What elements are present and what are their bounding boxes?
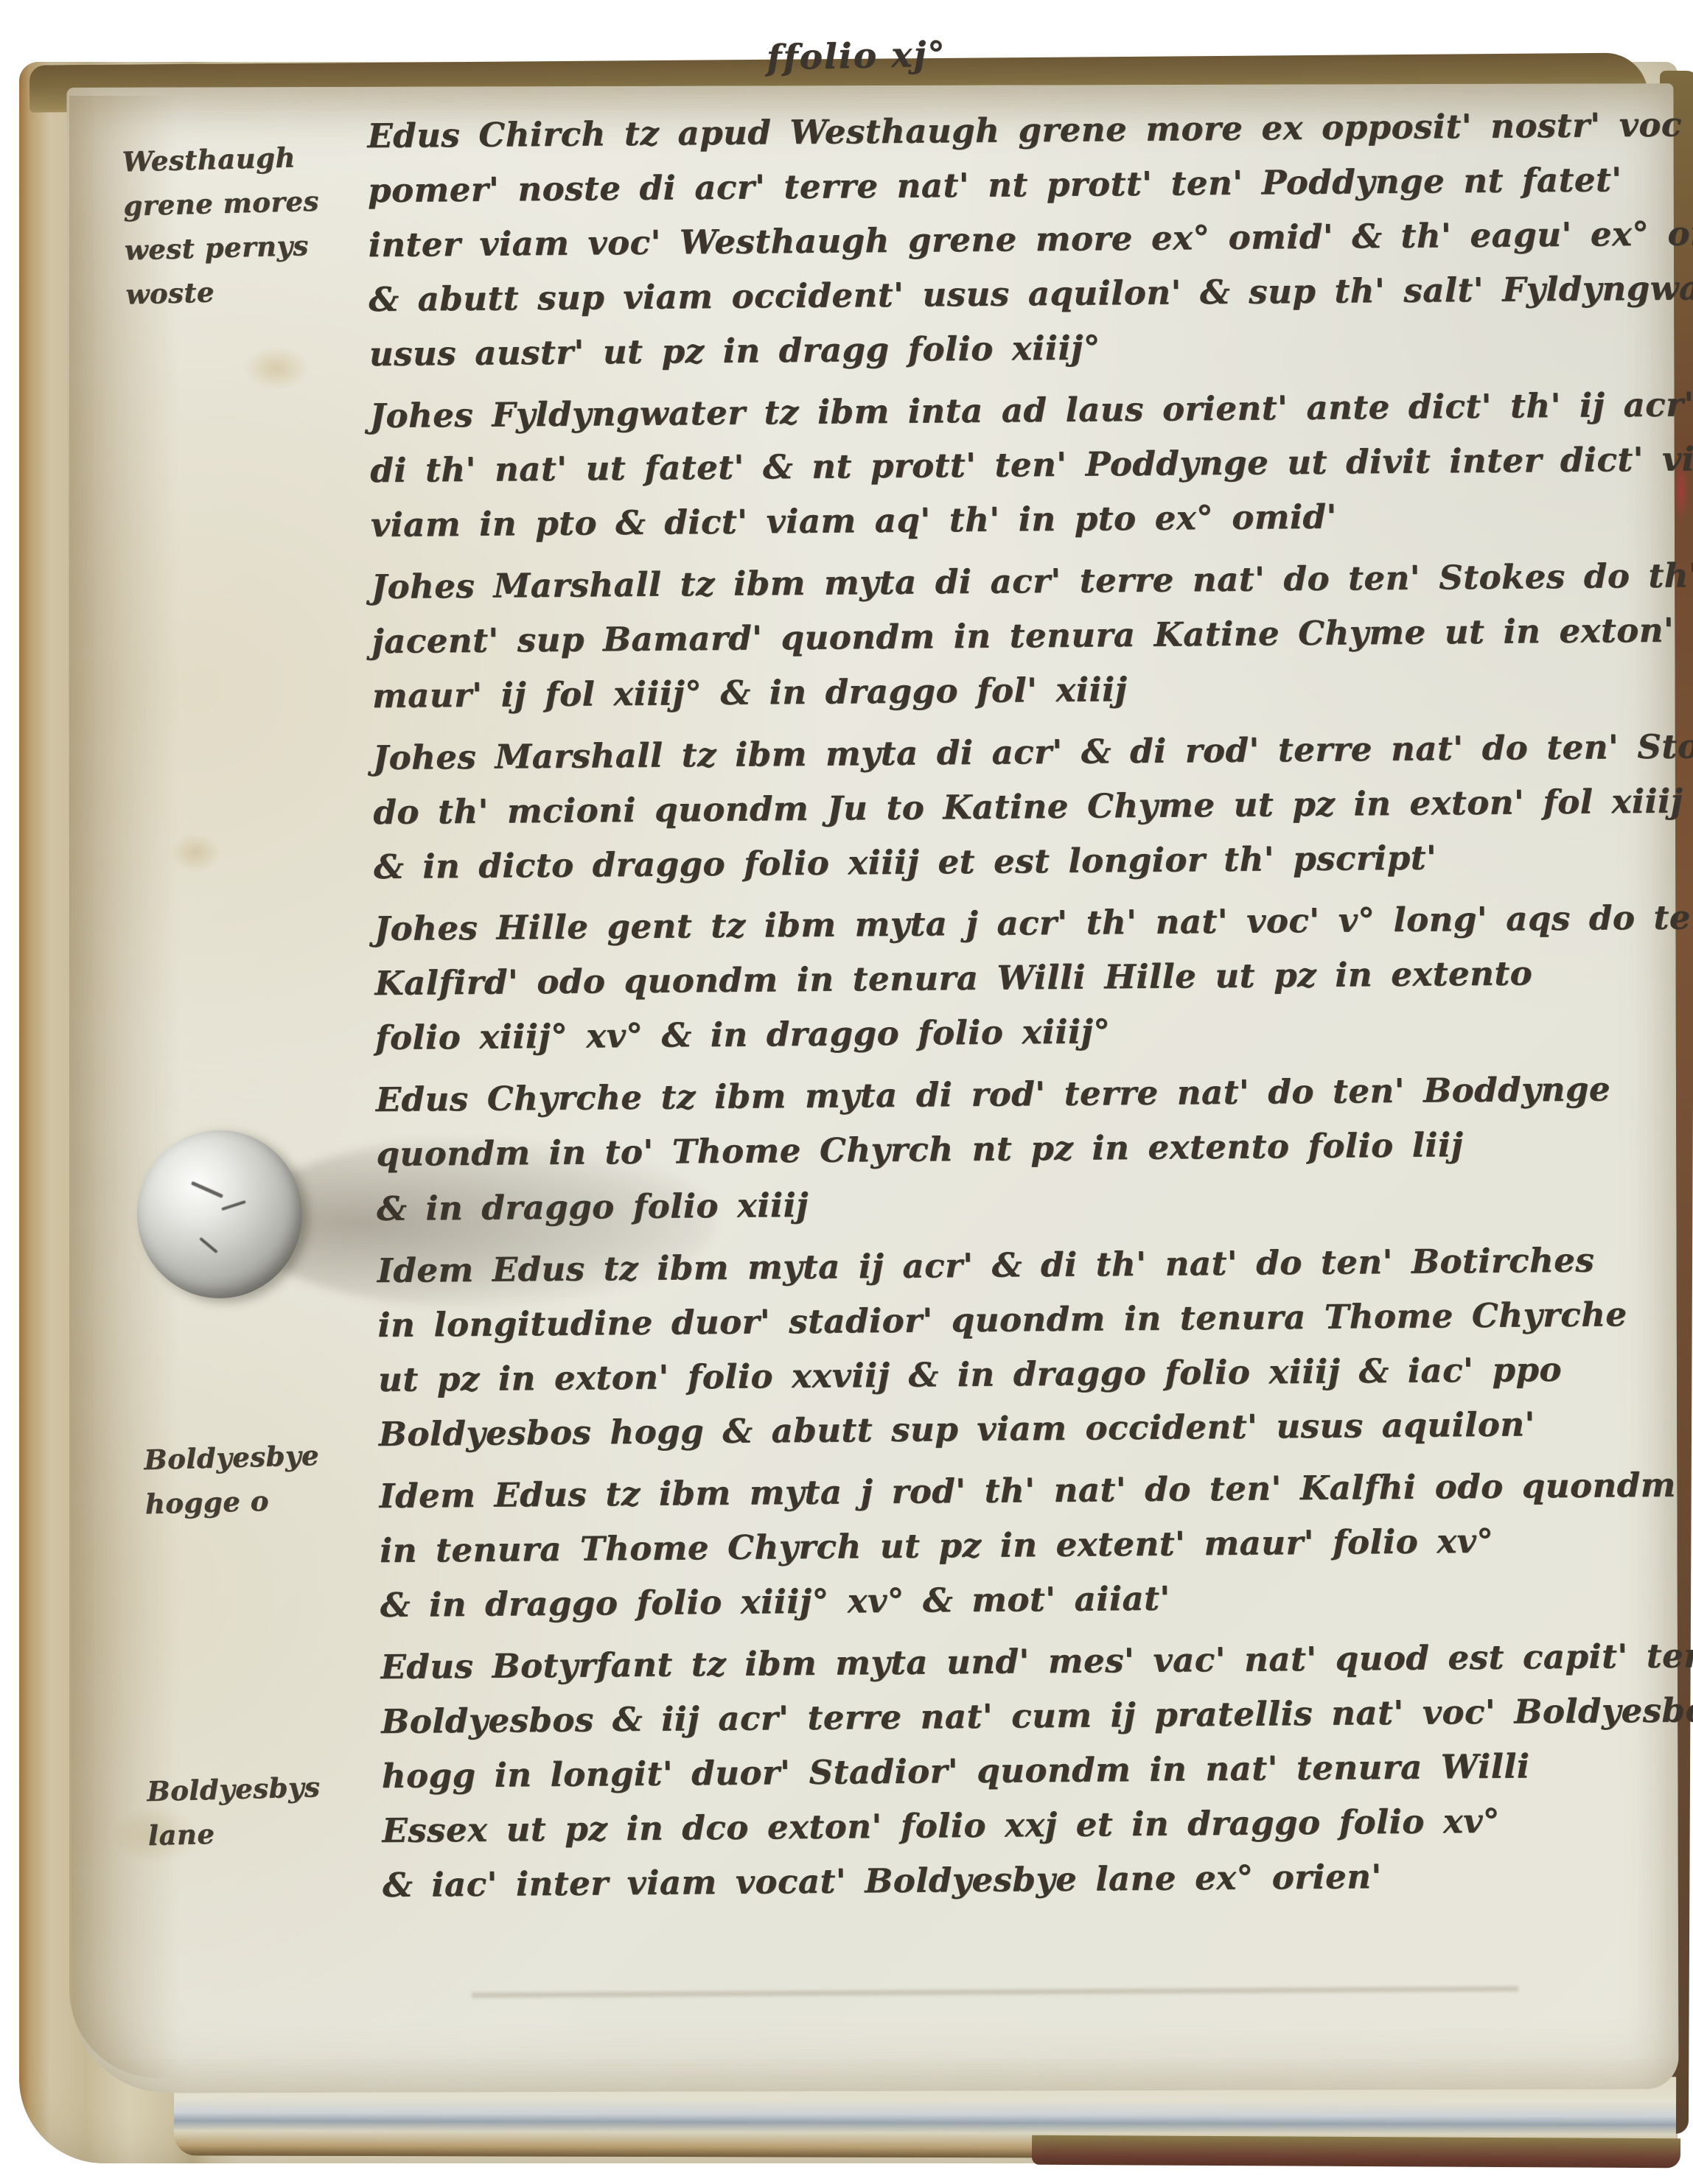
scan-background: { "page": { "header": "ffolio xj\u00b0",… [0,0,1693,2184]
margin-note-boldyesbys-lane: Boldyesbyslane [146,1765,321,1858]
metal-boss [137,1130,302,1298]
margin-note-line: hogge o [144,1477,321,1526]
bottom-cover-edge [1032,2135,1680,2169]
margin-note-line: Westhaugh [122,135,318,184]
manuscript-entry: Johes Fyldyngwater tz ibm inta ad laus o… [369,378,1653,553]
paper-stain [243,346,310,391]
margin-note-line: lane [147,1809,321,1858]
margin-note-line: Boldyesbys [146,1765,320,1813]
text-column: Edus Chirch tz apud Westhaugh grene more… [367,98,1665,1920]
margin-note-westhaugh: Westhaughgrene moreswest pernyswoste [122,135,322,317]
margin-note-line: west pernys [124,223,321,273]
paper-stain [170,833,221,872]
margin-note-line: Boldyesbye [143,1433,319,1482]
manuscript-entry: Edus Chyrche tz ibm myta di rod' terre n… [375,1062,1659,1236]
manuscript-line: di th' nat' ut fatet' & nt prott' ten' P… [370,433,1653,498]
manuscript-line: Kalfird' odo quondm in tenura Willi Hill… [374,945,1658,1011]
manuscript-entry: Johes Marshall tz ibm myta di acr' & di … [372,720,1656,895]
manuscript-line: & abutt sup viam occident' usus aquilon'… [369,262,1652,327]
manuscript-line: maur' ij fol xiiij° & in draggo fol' xii… [372,658,1655,724]
manuscript-line: & in draggo folio xiiij° xv° & mot' aiia… [380,1567,1663,1633]
manuscript-entry: Idem Edus tz ibm myta ij acr' & di th' n… [377,1233,1661,1462]
manuscript-line: jacent' sup Bamard' quondm in tenura Kat… [371,603,1655,669]
manuscript-line: Boldyesbos hogg & abutt sup viam occiden… [378,1396,1661,1462]
margin-note-line: woste [125,267,322,317]
manuscript-entry: Johes Hille gent tz ibm myta j acr' th' … [374,891,1658,1065]
manuscript-line: viam in pto & dict' viam aq' th' in pto … [371,487,1654,553]
margin-note-line: grene mores [122,179,319,228]
manuscript-entry: Edus Botyrfant tz ibm myta und' mes' vac… [380,1629,1665,1913]
manuscript-entry: Johes Marshall tz ibm myta di acr' terre… [371,549,1655,724]
manuscript-line: & iac' inter viam vocat' Boldyesbye lane… [383,1847,1666,1913]
manuscript-line: folio xiiij° xv° & in draggo folio xiiij… [375,1000,1658,1065]
manuscript-line: & in dicto draggo folio xiiij et est lon… [374,829,1657,895]
manuscript-entry: Idem Edus tz ibm myta j rod' th' nat' do… [379,1458,1663,1633]
manuscript-line: in tenura Thome Chyrch ut pz in extent' … [380,1513,1663,1578]
manuscript-line: do th' mcioni quondm Ju to Katine Chyme … [373,774,1656,840]
manuscript-line: & in draggo folio xiiij [377,1171,1660,1236]
margin-note-boldyesbye-hogge: Boldyesbyehogge o [143,1433,321,1526]
manuscript-line: Essex ut pz in dco exton' folio xxj et i… [382,1793,1665,1858]
manuscript-line: Edus Chyrche tz ibm myta di rod' terre n… [375,1062,1658,1127]
manuscript-line: usus austr' ut pz in dragg folio xiiij° [369,316,1652,382]
folio-header: ffolio xj° [766,30,1150,79]
manuscript-entry: Edus Chirch tz apud Westhaugh grene more… [367,98,1652,382]
